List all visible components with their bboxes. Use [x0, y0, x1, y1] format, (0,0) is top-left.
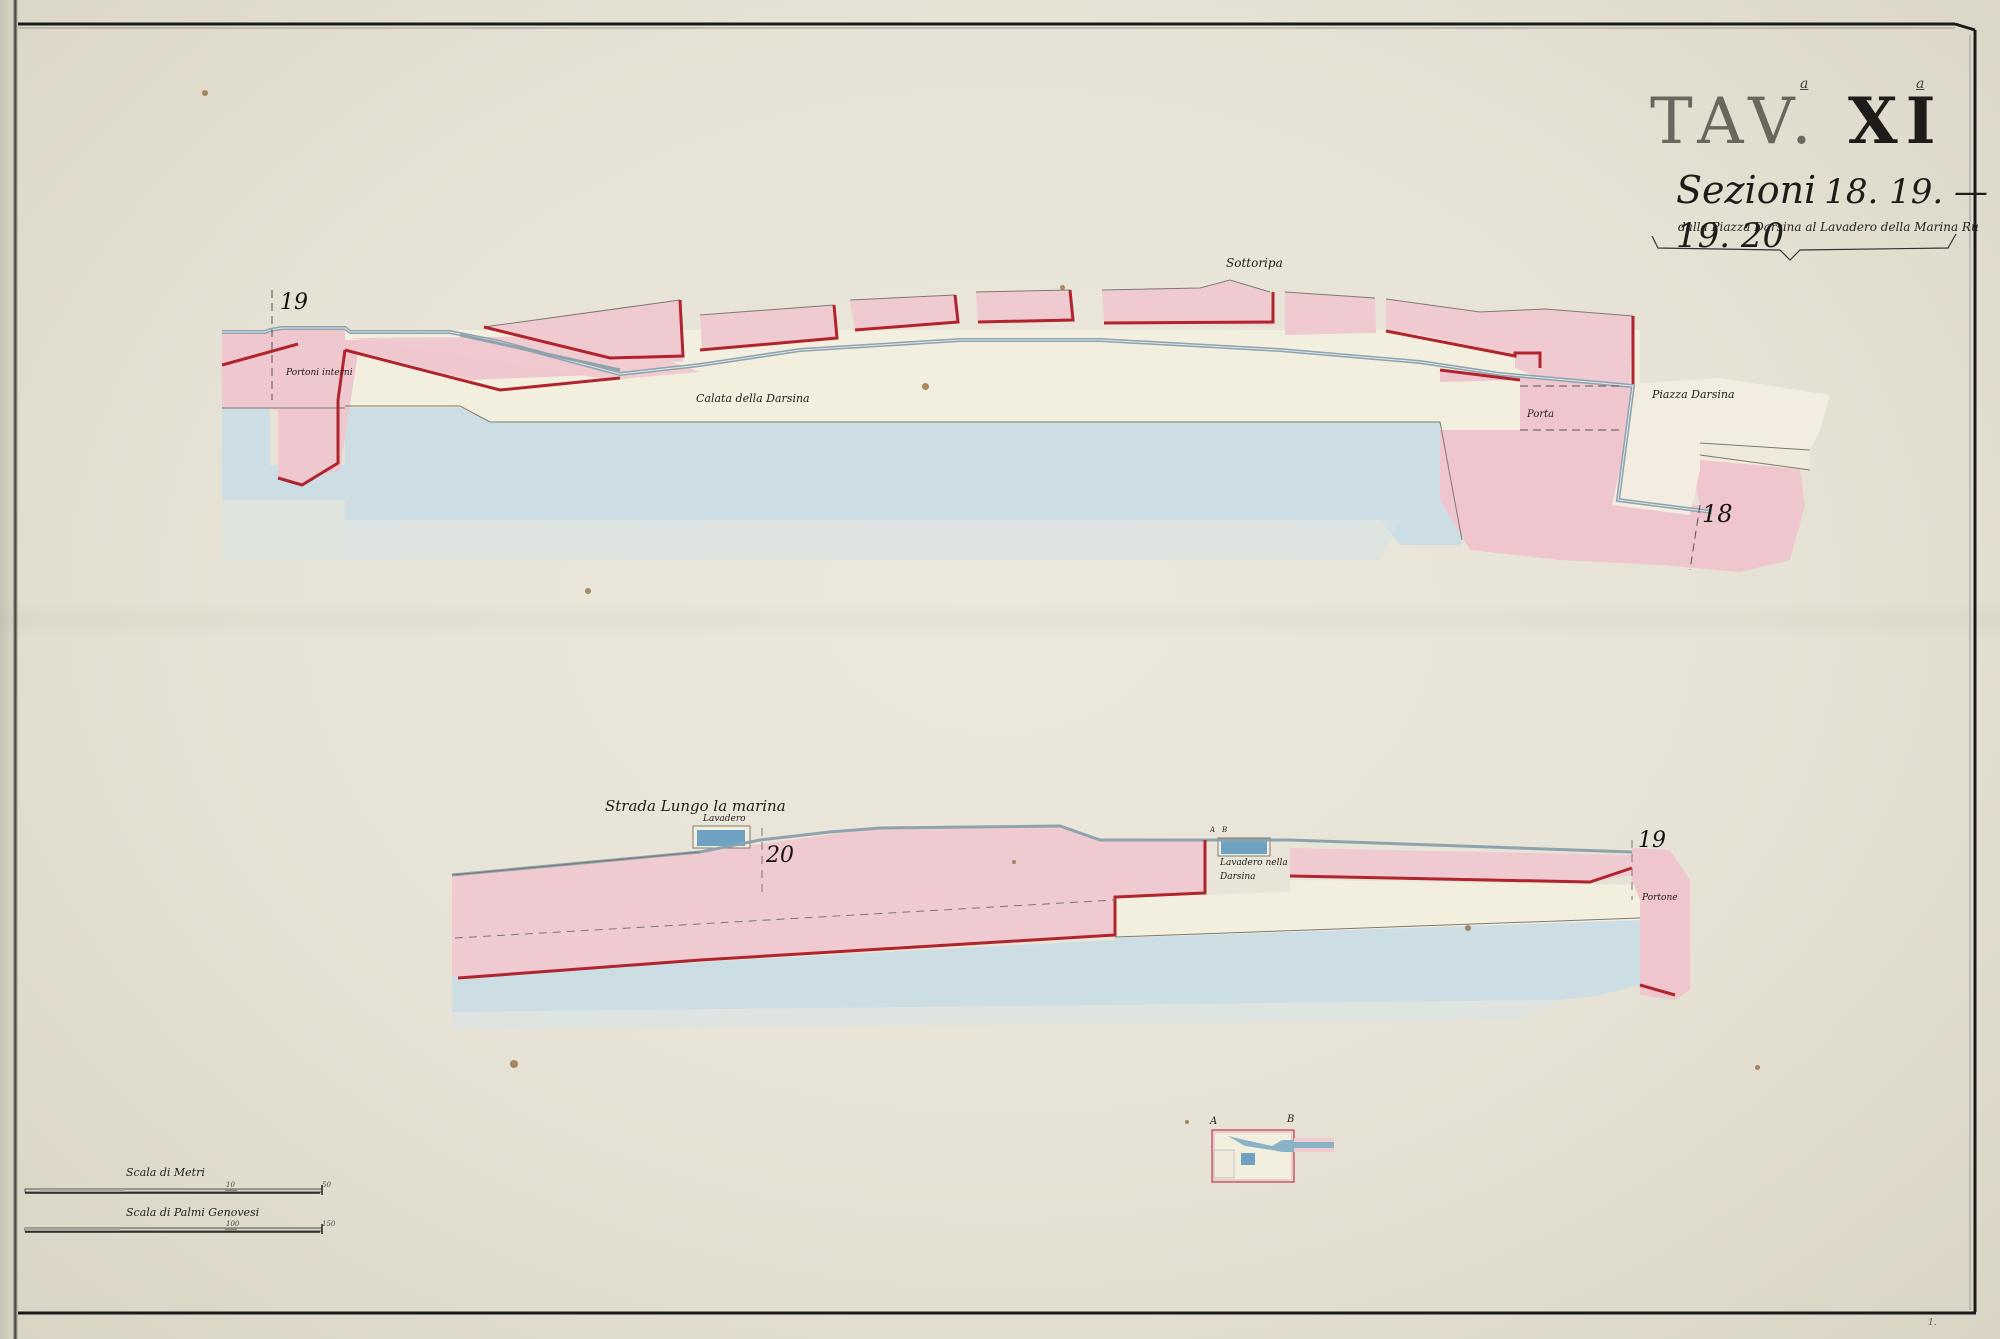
- sections-heading: Sezioni18. 19. — 19. 20: [1676, 168, 2000, 256]
- label-porta: Porta: [1527, 409, 1554, 420]
- scale-title-palmi: Scala di Palmi Genovesi: [126, 1206, 259, 1219]
- label-piazza-darsina: Piazza Darsina: [1652, 388, 1735, 401]
- label-calata-darsina: Calata della Darsina: [696, 392, 810, 405]
- foxing-stain: [1060, 285, 1065, 290]
- foxing-stain: [1755, 1065, 1760, 1070]
- foxing-stain: [1012, 860, 1016, 864]
- foxing-stain: [922, 383, 929, 390]
- label-strada-lungo-marina: Strada Lungo la marina: [605, 797, 786, 815]
- foxing-stain: [585, 588, 591, 594]
- label-sottoripa: Sottoripa: [1226, 256, 1283, 270]
- section-number-19-upper: 19: [280, 290, 308, 315]
- scale-tick: 10: [226, 1181, 235, 1189]
- sections-word: Sezioni: [1676, 168, 1816, 212]
- corner-note: 1.: [1928, 1318, 1937, 1328]
- section-number-19-lower: 19: [1638, 828, 1666, 853]
- scale-tick: 50: [322, 1181, 331, 1189]
- section-number-18: 18: [1702, 500, 1733, 528]
- scale-title-metri: Scala di Metri: [126, 1166, 205, 1179]
- plate-number: XI: [1848, 84, 1944, 159]
- label-portoni-interni: Portoni interni: [286, 368, 353, 378]
- foxing-stain: [1465, 925, 1471, 931]
- plate-word: TAV.: [1650, 85, 1820, 159]
- foxing-stain: [510, 1060, 518, 1068]
- plate-subtitle: dalla Piazza Darsina al Lavadero della M…: [1678, 220, 1979, 234]
- detail-inset: [1212, 1130, 1334, 1182]
- foxing-stain: [202, 90, 208, 96]
- map-sheet: TAV. XI a a Sezioni18. 19. — 19. 20 dall…: [0, 0, 2000, 1339]
- upper-section: [222, 280, 1830, 572]
- inset-label-b: B: [1287, 1114, 1294, 1125]
- marker-a: A: [1210, 826, 1215, 834]
- foxing-stain: [1185, 1120, 1189, 1124]
- label-darsina: Darsina: [1220, 872, 1256, 882]
- lower-section: [452, 826, 1690, 1030]
- section-number-20: 20: [766, 843, 794, 868]
- inset-label-a: A: [1210, 1116, 1217, 1127]
- superscript-a: a: [1800, 76, 1808, 92]
- plate-title: TAV. XI: [1650, 84, 1944, 159]
- scale-tick: 100: [226, 1220, 239, 1228]
- scale-tick: 150: [322, 1220, 335, 1228]
- superscript-a: a: [1916, 76, 1924, 92]
- label-lavadero: Lavadero: [703, 814, 746, 824]
- marker-b: B: [1222, 826, 1227, 834]
- label-lavadero-nella: Lavadero nella: [1220, 858, 1288, 868]
- label-portone: Portone: [1642, 893, 1678, 903]
